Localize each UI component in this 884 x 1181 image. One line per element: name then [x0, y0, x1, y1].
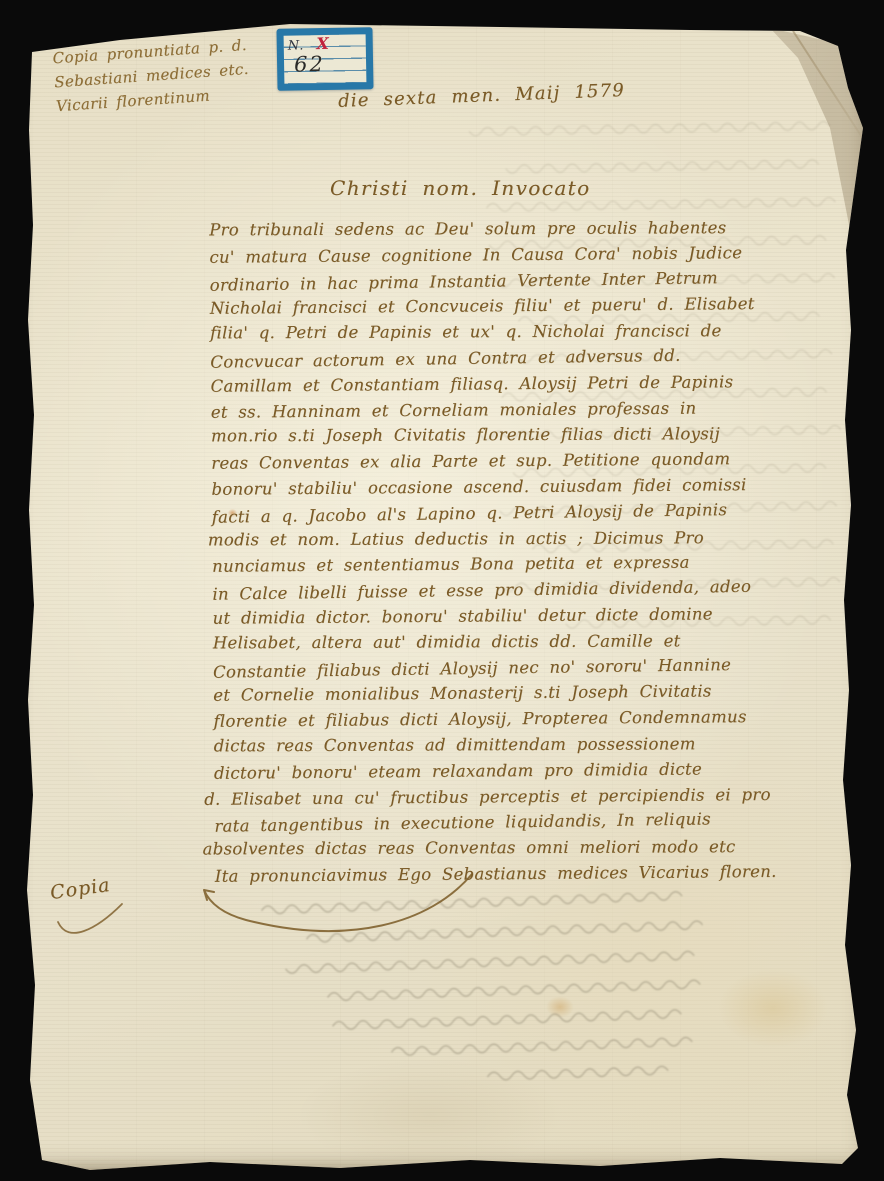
show-through-text — [231, 880, 708, 1110]
manuscript-line: dictas reas Conventas ad dimittendam pos… — [214, 731, 854, 760]
manuscript-page: Copia pronuntiata p. d. Sebastiani medic… — [0, 0, 884, 1181]
label-number: 62 — [294, 52, 325, 77]
photograph-background: Copia pronuntiata p. d. Sebastiani medic… — [0, 0, 884, 1181]
stain — [718, 968, 828, 1048]
invocation-heading: Christi nom. Invocato — [330, 176, 591, 200]
label-number-prefix: N. — [288, 38, 305, 53]
manuscript-line: mon.rio s.ti Joseph Civitatis florentie … — [211, 421, 851, 450]
archival-label: N.X 62 — [276, 27, 373, 91]
manuscript-line: Pro tribunali sedens ac Deu' solum pre o… — [209, 215, 849, 244]
manuscript-line: modis et nom. Latius deductis in actis ;… — [208, 524, 852, 553]
manuscript-line: absolventes dictas reas Conventas omni m… — [203, 834, 855, 863]
manuscript-body: Pro tribunali sedens ac Deu' solum pre o… — [209, 213, 855, 889]
label-x-mark: X — [316, 34, 330, 53]
